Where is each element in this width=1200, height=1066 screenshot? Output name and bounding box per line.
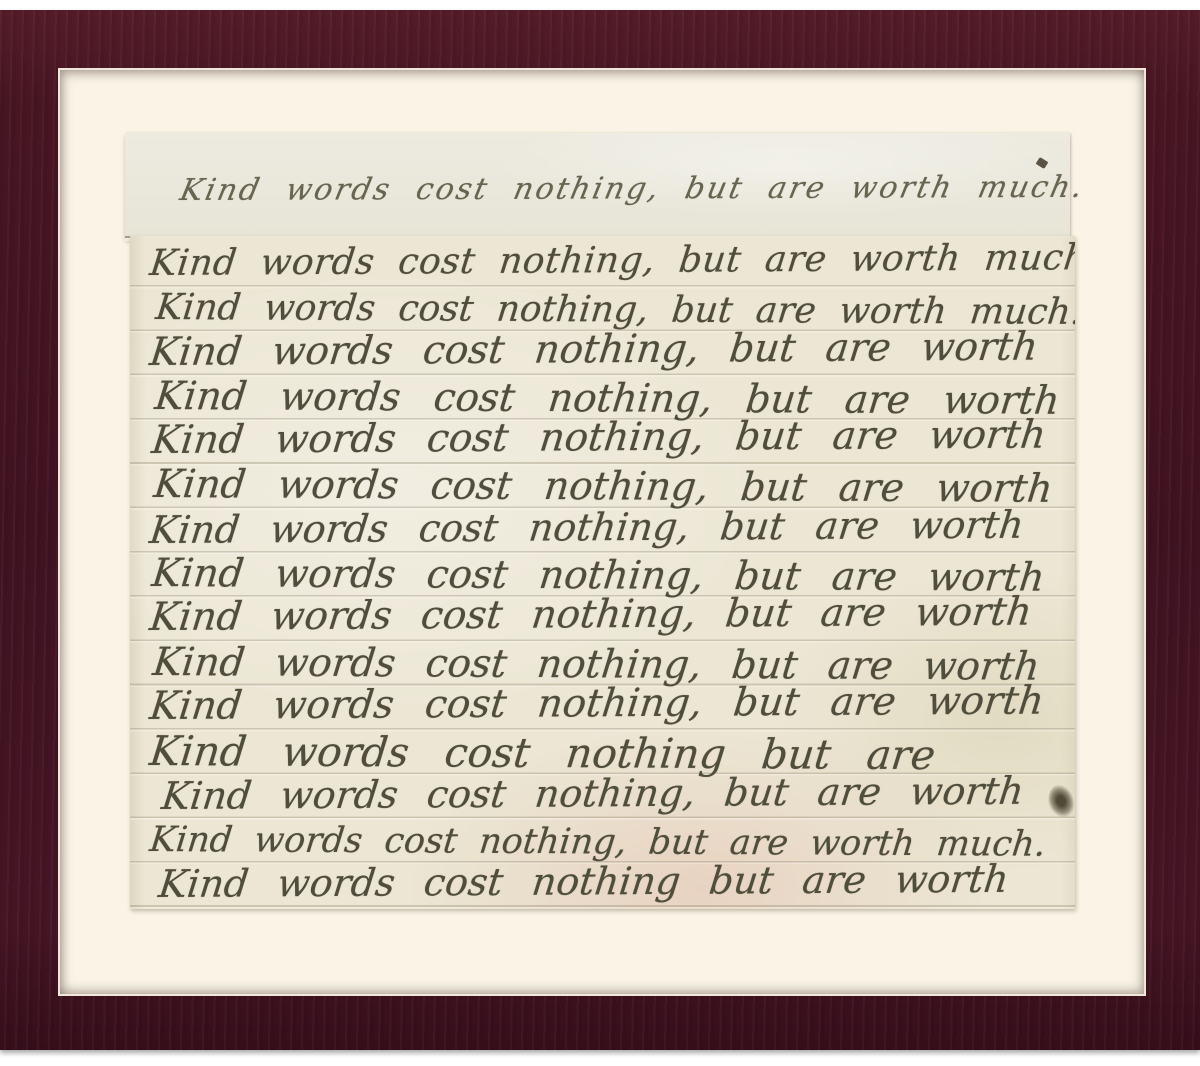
copybook-model-strip: Kind words cost nothing, but are worth m…	[125, 133, 1070, 238]
handwriting-line: Kind words cost nothing, but are worth	[149, 414, 1065, 464]
handwriting-line: Kind words cost nothing, but are worth m…	[147, 236, 1065, 286]
handwriting-line: Kind words cost nothing, but are worth	[147, 591, 1065, 641]
mat-board: Kind words cost nothing, but are worth m…	[58, 68, 1146, 996]
handwriting-block: Kind words cost nothing, but are worth m…	[150, 242, 1062, 906]
handwriting-line: Kind words cost nothing but are worth	[156, 857, 1065, 907]
handwriting-line: Kind words cost nothing, but are worth	[159, 768, 1065, 818]
ink-fleck	[1036, 157, 1049, 169]
copybook-sheet: Kind words cost nothing, but are worth m…	[130, 236, 1075, 909]
handwriting-line: Kind words cost nothing, but are worth	[147, 502, 1065, 552]
model-sentence: Kind words cost nothing, but are worth m…	[177, 170, 1088, 208]
handwriting-line: Kind words cost nothing, but are worth	[147, 325, 1065, 375]
handwriting-line: Kind words cost nothing, but are worth	[147, 679, 1065, 729]
picture-frame: Kind words cost nothing, but are worth m…	[0, 10, 1200, 1050]
photo-background: Kind words cost nothing, but are worth m…	[0, 0, 1200, 1066]
